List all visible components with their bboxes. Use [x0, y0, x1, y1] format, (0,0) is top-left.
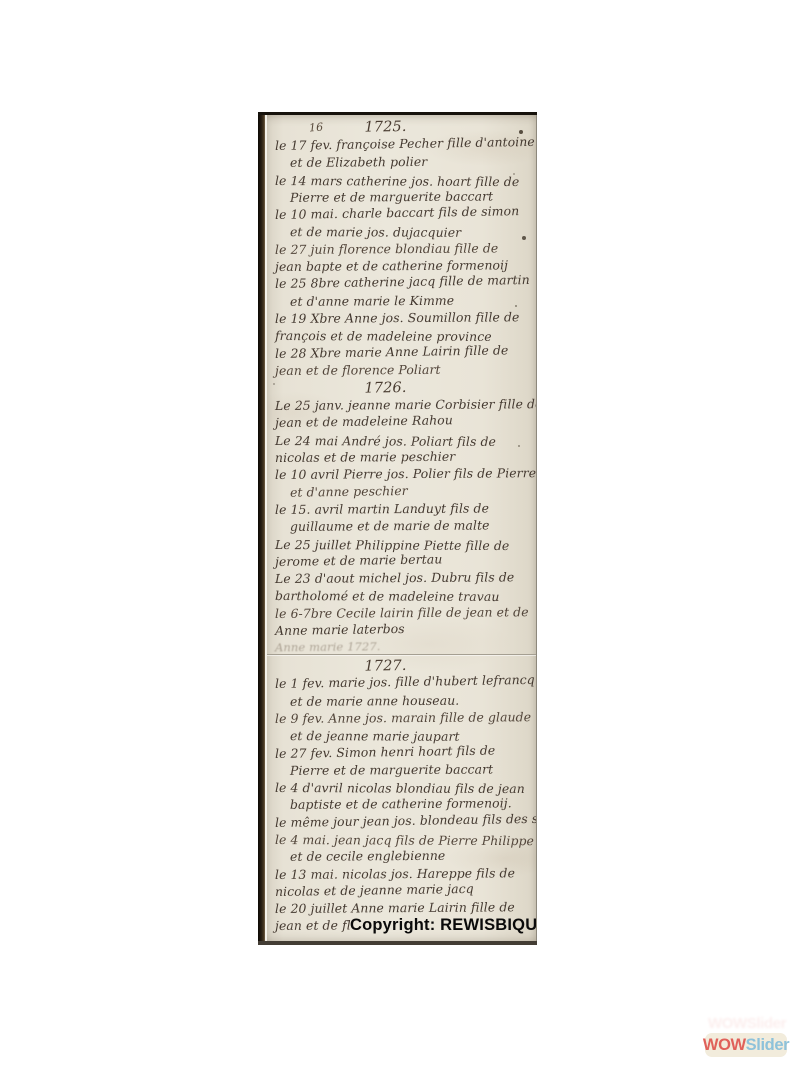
manuscript-line: le 9 fev. Anne jos. marain fille de glau… [275, 708, 532, 727]
book-binding-edge [258, 115, 265, 941]
seam-ghost-text: Anne marie 1727. [275, 638, 532, 656]
manuscript-line: jean et de madeleine Rahou [275, 410, 532, 431]
manuscript-line: et d'anne peschier [275, 480, 532, 501]
manuscript-line: jean et de florence Poliart [275, 360, 532, 379]
manuscript-line: Anne marie laterbos [275, 618, 532, 639]
manuscript-line: le 19 Xbre Anne jos. Soumillon fille de [275, 308, 532, 327]
manuscript-line: et de Elizabeth polier [275, 153, 532, 172]
wowslider-wow-label: WOW [703, 1036, 746, 1055]
manuscript-line: Le 23 d'aout michel jos. Dubru fils de [275, 568, 532, 587]
page-background: 16 1725. le 17 fev. françoise Pecher fil… [0, 0, 800, 1067]
wowslider-watermark[interactable]: WOWSlider [705, 1033, 787, 1057]
manuscript-line: et de marie anne houseau. [275, 691, 532, 710]
manuscript-line: le même jour jean jos. blondeau fils des… [275, 810, 532, 831]
manuscript-line: le 17 fev. françoise Pecher fille d'anto… [275, 133, 532, 154]
manuscript-line: le 25 8bre catherine jacq fille de marti… [275, 271, 532, 292]
manuscript-line: nicolas et de jeanne marie jacq [275, 879, 532, 900]
wowslider-slider-label: Slider [746, 1036, 789, 1055]
manuscript-text: 16 1725. le 17 fev. françoise Pecher fil… [275, 118, 532, 935]
manuscript-line: et d'anne marie le Kimme [275, 291, 532, 310]
document-scan: 16 1725. le 17 fev. françoise Pecher fil… [258, 112, 537, 945]
manuscript-line: guillaume et de marie de malte [275, 516, 532, 535]
manuscript-line: le 1 fev. marie jos. fille d'hubert lefr… [275, 671, 532, 692]
manuscript-line: le 10 mai. charle baccart fils de simon [275, 202, 532, 223]
paper-specks [267, 115, 269, 117]
manuscript-paper: 16 1725. le 17 fev. françoise Pecher fil… [267, 115, 537, 941]
copyright-overlay: Copyright: REWISBIQUE [350, 916, 537, 935]
manuscript-line: le 27 fev. Simon henri hoart fils de [275, 740, 532, 761]
manuscript-lines: le 17 fev. françoise Pecher fille d'anto… [275, 137, 532, 935]
manuscript-line: jerome et de marie bertau [275, 549, 532, 570]
manuscript-line: Pierre et de marguerite baccart [275, 760, 532, 779]
manuscript-line: le 28 Xbre marie Anne Lairin fille de [275, 341, 532, 362]
wowslider-ghost-watermark: WOWSlider [708, 1015, 786, 1032]
manuscript-line: le 27 juin florence blondiau fille de [275, 239, 532, 258]
manuscript-line: le 15. avril martin Landuyt fils de [275, 499, 532, 518]
manuscript-line: et de cecile englebienne [275, 846, 532, 865]
